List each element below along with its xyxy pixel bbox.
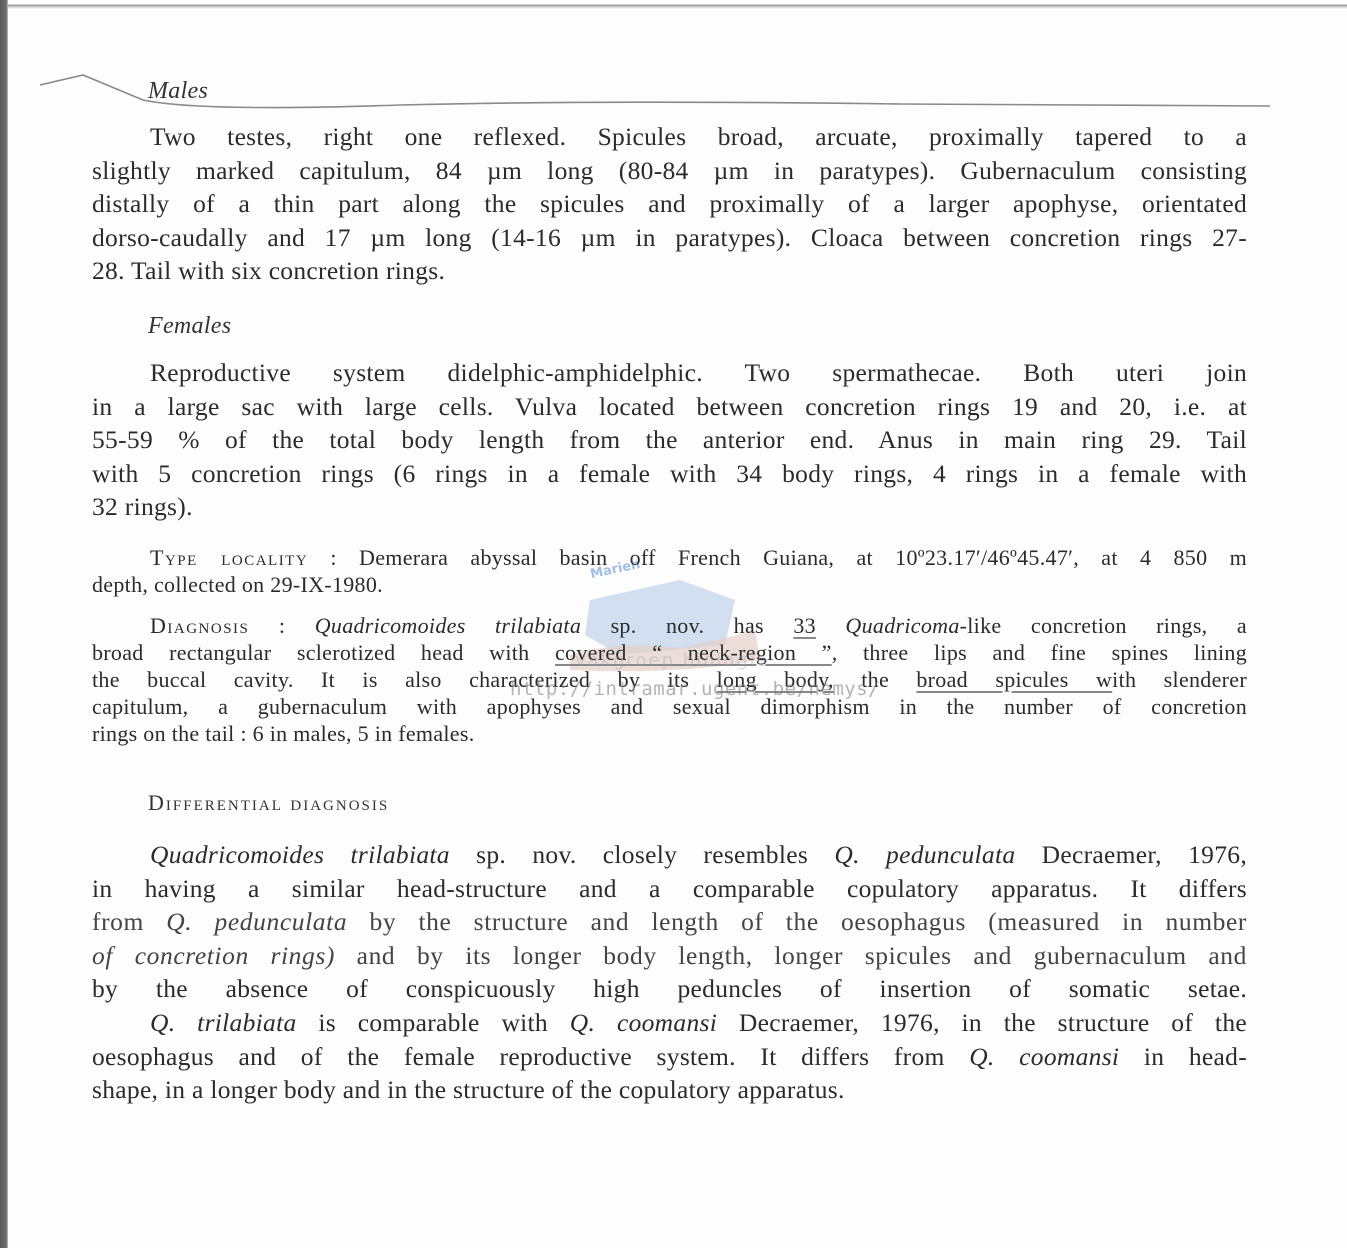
type-locality-paragraph: Type locality : Demerara abyssal basin o… <box>92 544 1247 598</box>
scan-left-edge <box>0 0 8 1248</box>
species-name: Quadricomoides trilabiata <box>315 613 581 638</box>
text-line: 28. Tail with six concretion rings. <box>92 254 1247 288</box>
text-line: in having a similar head-structure and a… <box>92 872 1247 906</box>
text-line: slightly marked capitulum, 84 µm long (8… <box>92 154 1247 188</box>
males-heading: Males <box>148 78 208 105</box>
text-line: 55-59 % of the total body length from th… <box>92 423 1247 457</box>
text-line: Reproductive system didelphic-amphidelph… <box>92 356 1247 390</box>
ring-count: 33 <box>793 613 816 638</box>
text-line: broad rectangular sclerotized head with … <box>92 639 1247 666</box>
text-line: of concretion rings) and by its longer b… <box>92 939 1247 973</box>
text-line: from Q. pedunculata by the structure and… <box>92 905 1247 939</box>
differential-paragraph-1: Quadricomoides trilabiata sp. nov. close… <box>92 838 1247 1006</box>
text-line: capitulum, a gubernaculum with apophyses… <box>92 693 1247 720</box>
type-locality-label: Type locality <box>150 545 308 570</box>
text-line: in a large sac with large cells. Vulva l… <box>92 390 1247 424</box>
text-line: Quadricomoides trilabiata sp. nov. close… <box>92 838 1247 872</box>
header-rule <box>0 0 1347 130</box>
text-line: oesophagus and of the female reproductiv… <box>92 1040 1247 1074</box>
females-paragraph: Reproductive system didelphic-amphidelph… <box>92 356 1247 524</box>
males-paragraph: Two testes, right one reflexed. Spicules… <box>92 120 1247 288</box>
type-locality-value: Demerara abyssal basin off French Guiana… <box>359 545 1247 570</box>
text-line: by the absence of conspicuously high ped… <box>92 972 1247 1006</box>
females-heading: Females <box>148 313 231 340</box>
text-line: shape, in a longer body and in the struc… <box>92 1073 1247 1107</box>
text-line: with 5 concretion rings (6 rings in a fe… <box>92 457 1247 491</box>
text-line: dorso-caudally and 17 µm long (14-16 µm … <box>92 221 1247 255</box>
text-line: Diagnosis : Quadricomoides trilabiata sp… <box>92 612 1247 639</box>
diagnosis-paragraph: Diagnosis : Quadricomoides trilabiata sp… <box>92 612 1247 747</box>
text-line: depth, collected on 29-IX-1980. <box>92 571 1247 598</box>
text-line: Q. trilabiata is comparable with Q. coom… <box>92 1006 1247 1040</box>
text-line: distally of a thin part along the spicul… <box>92 187 1247 221</box>
text-line: the buccal cavity. It is also characteri… <box>92 666 1247 693</box>
differential-diagnosis-heading: Differential diagnosis <box>148 790 389 816</box>
text-line: Type locality : Demerara abyssal basin o… <box>92 544 1247 571</box>
differential-paragraph-2: Q. trilabiata is comparable with Q. coom… <box>92 1006 1247 1107</box>
text-line: Two testes, right one reflexed. Spicules… <box>92 120 1247 154</box>
text-line: rings on the tail : 6 in males, 5 in fem… <box>92 720 1247 747</box>
text-line: 32 rings). <box>92 490 1247 524</box>
diagnosis-label: Diagnosis <box>150 613 249 638</box>
